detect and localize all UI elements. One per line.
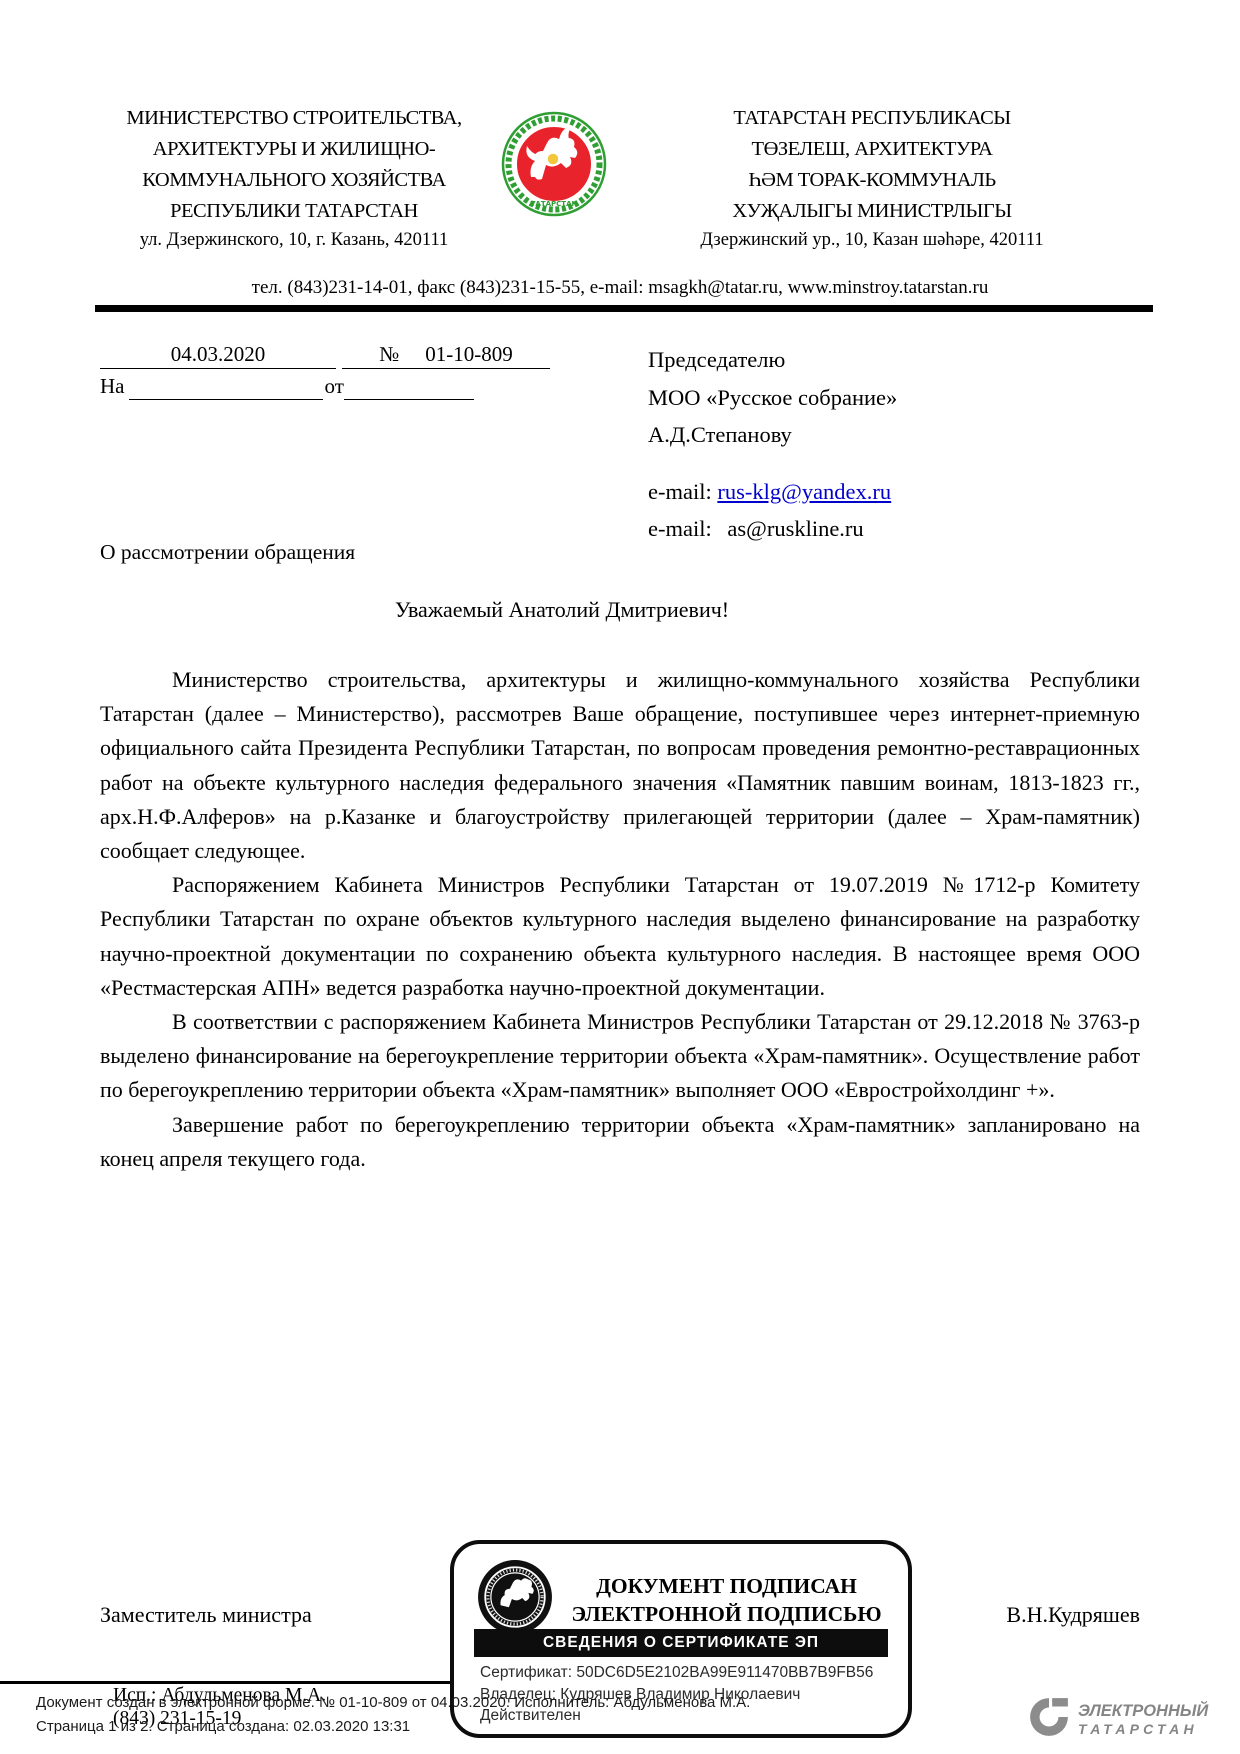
reply-number-blank bbox=[129, 399, 323, 400]
address-russian: ул. Дзержинского, 10, г. Казань, 420111 bbox=[95, 230, 493, 251]
electronic-tatarstan-logo: ЭЛЕКТРОННЫЙ ТАТАРСТАН bbox=[1028, 1696, 1208, 1743]
email-row-2: e-mail: as@ruskline.ru bbox=[648, 510, 1148, 548]
signer-name: В.Н.Кудряшев bbox=[1006, 1602, 1140, 1628]
logo-text-line2: ТАТАРСТАН bbox=[1078, 1721, 1208, 1738]
stamp-certificate-bar: СВЕДЕНИЯ О СЕРТИФИКАТЕ ЭП bbox=[474, 1629, 888, 1657]
subject-line: О рассмотрении обращения bbox=[100, 540, 355, 565]
org-line: ҺӘМ ТОРАК-КОММУНАЛЬ bbox=[628, 165, 1116, 196]
outgoing-date: 04.03.2020 bbox=[100, 341, 336, 369]
emblem-caption: ТАТАРСТАН bbox=[531, 200, 578, 208]
contact-line: тел. (843)231-14-01, факс (843)231-15-55… bbox=[0, 277, 1240, 299]
tatarstan-coat-of-arms-icon: ТАТАРСТАН bbox=[501, 111, 607, 217]
system-footer: Документ создан в электронной форме. № 0… bbox=[36, 1694, 750, 1735]
footer-line-2: Страница 1 из 2. Страница создана: 02.03… bbox=[36, 1718, 750, 1735]
stamp-title: ДОКУМЕНТ ПОДПИСАН ЭЛЕКТРОННОЙ ПОДПИСЬЮ bbox=[554, 1572, 899, 1628]
outgoing-number: 01-10-809 bbox=[425, 342, 513, 366]
reference-date-number-row: 04.03.2020№01-10-809 bbox=[100, 341, 570, 369]
document-page: МИНИСТЕРСТВО СТРОИТЕЛЬСТВА, АРХИТЕКТУРЫ … bbox=[0, 0, 1240, 1754]
stamp-certificate-number: Сертификат: 50DC6D5E2102BA99E911470BB7B9… bbox=[480, 1664, 873, 1682]
ministry-name-russian: МИНИСТЕРСТВО СТРОИТЕЛЬСТВА, АРХИТЕКТУРЫ … bbox=[95, 103, 493, 227]
recipient-email-link[interactable]: rus-klg@yandex.ru bbox=[717, 479, 891, 504]
na-label: На bbox=[100, 373, 125, 400]
body-paragraph-1: Министерство строительства, архитектуры … bbox=[100, 663, 1140, 868]
org-line: МИНИСТЕРСТВО СТРОИТЕЛЬСТВА, bbox=[95, 103, 493, 134]
address-tatar: Дзержинский ур., 10, Казан шәһәре, 42011… bbox=[628, 230, 1116, 251]
logo-text: ЭЛЕКТРОННЫЙ ТАТАРСТАН bbox=[1078, 1702, 1208, 1738]
org-line: РЕСПУБЛИКИ ТАТАРСТАН bbox=[95, 196, 493, 227]
number-sign: № bbox=[379, 342, 399, 366]
email-label: e-mail: bbox=[648, 479, 712, 504]
body-paragraph-4: Завершение работ по берегоукреплению тер… bbox=[100, 1108, 1140, 1176]
ministry-name-tatar: ТАТАРСТАН РЕСПУБЛИКАСЫ ТӨЗЕЛЕШ, АРХИТЕКТ… bbox=[628, 103, 1116, 227]
footer-divider-rule bbox=[0, 1681, 451, 1684]
logo-text-line1: ЭЛЕКТРОННЫЙ bbox=[1078, 1702, 1208, 1721]
recipient-block: Председателю МОО «Русское собрание» А.Д.… bbox=[648, 341, 1148, 548]
org-line: ТӨЗЕЛЕШ, АРХИТЕКТУРА bbox=[628, 134, 1116, 165]
electronic-tatarstan-logo-icon bbox=[1028, 1696, 1070, 1743]
org-line: КОММУНАЛЬНОГО ХОЗЯЙСТВА bbox=[95, 165, 493, 196]
recipient-organization: МОО «Русское собрание» bbox=[648, 379, 1148, 417]
stamp-emblem-icon bbox=[476, 1558, 554, 1636]
body-paragraph-2: Распоряжением Кабинета Министров Республ… bbox=[100, 868, 1140, 1005]
stamp-title-line1: ДОКУМЕНТ ПОДПИСАН bbox=[554, 1572, 899, 1600]
recipient-person: А.Д.Степанову bbox=[648, 416, 1148, 454]
stamp-title-line2: ЭЛЕКТРОННОЙ ПОДПИСЬЮ bbox=[554, 1600, 899, 1628]
org-line: ХУҖАЛЫГЫ МИНИСТРЛЫГЫ bbox=[628, 196, 1116, 227]
ot-label: от bbox=[325, 373, 344, 400]
letter-body: Министерство строительства, архитектуры … bbox=[100, 663, 1140, 1176]
recipient-email-secondary: as@ruskline.ru bbox=[727, 516, 863, 541]
email-label: e-mail: bbox=[648, 516, 712, 541]
salutation: Уважаемый Анатолий Дмитриевич! bbox=[100, 597, 1024, 623]
org-line: ТАТАРСТАН РЕСПУБЛИКАСЫ bbox=[628, 103, 1116, 134]
org-line: АРХИТЕКТУРЫ И ЖИЛИЩНО- bbox=[95, 134, 493, 165]
reply-date-blank bbox=[344, 399, 474, 400]
signer-position: Заместитель министра bbox=[100, 1602, 312, 1628]
recipient-title: Председателю bbox=[648, 341, 1148, 379]
header-divider-rule bbox=[95, 305, 1153, 312]
reference-reply-row: Наот bbox=[100, 373, 570, 400]
body-paragraph-3: В соответствии с распоряжением Кабинета … bbox=[100, 1005, 1140, 1108]
email-row-1: e-mail: rus-klg@yandex.ru bbox=[648, 473, 1148, 511]
footer-line-1: Документ создан в электронной форме. № 0… bbox=[36, 1694, 750, 1711]
